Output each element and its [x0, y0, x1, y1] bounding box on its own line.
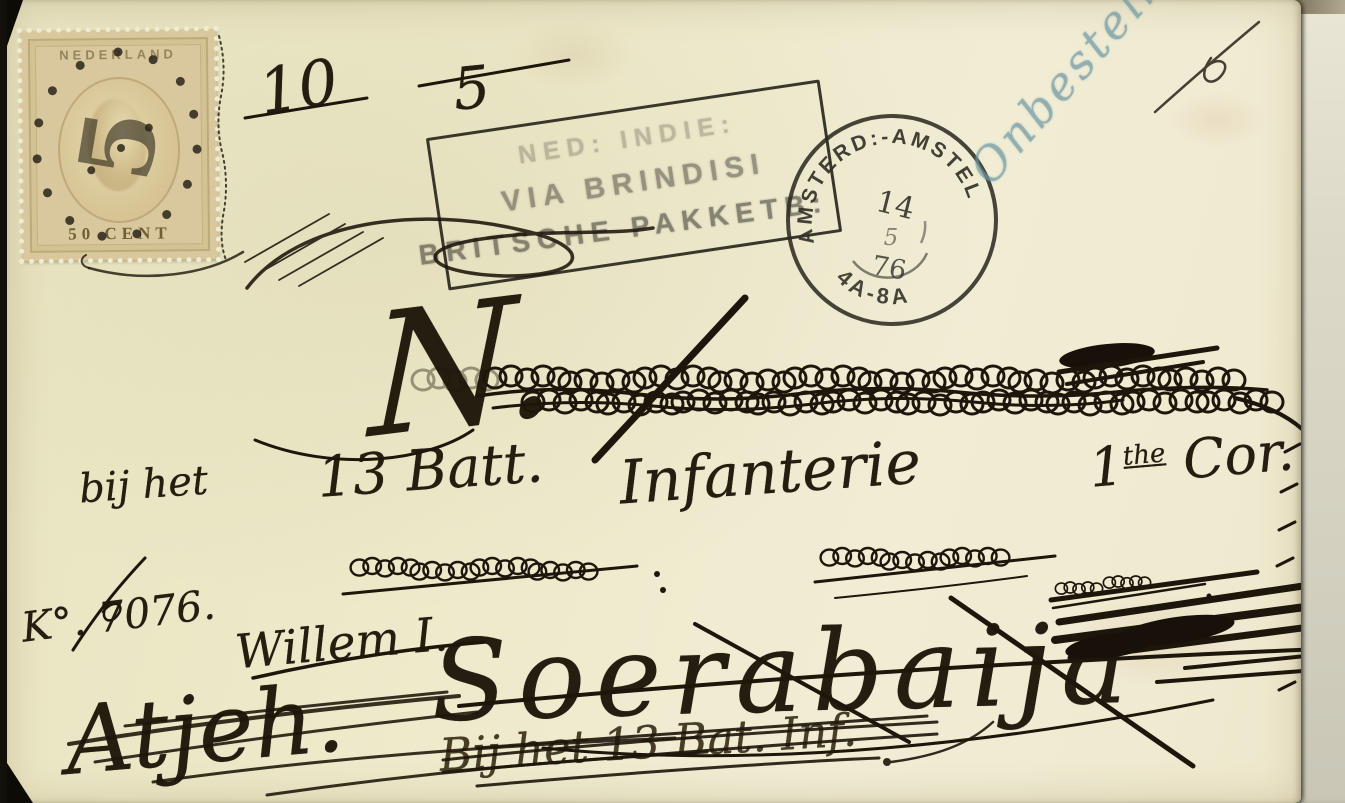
blue-crayon-note: Onbestelb. — [959, 0, 1236, 195]
ship-name: Willem I. — [233, 607, 450, 680]
photo-corner-dark — [7, 763, 33, 803]
unit-prefix: bij het — [78, 458, 210, 513]
cds-month: 5 — [884, 225, 899, 251]
unit-word: Infanterie — [617, 428, 923, 519]
envelope-photo: NEDERLAND 50 CENT 5 10 5 NED: INDIE: VIA… — [0, 0, 1345, 803]
cds-year: 76 — [869, 250, 908, 286]
rate-mark-5: 5 — [450, 52, 494, 123]
envelope: NEDERLAND 50 CENT 5 10 5 NED: INDIE: VIA… — [7, 0, 1301, 803]
crossed-word-left — [343, 558, 666, 594]
circular-datestamp: AMSTERD:-AMSTEL 4A-8A 14 5 76 — [775, 103, 1009, 337]
crossed-word-right — [815, 548, 1055, 598]
cds-day: 14 — [873, 184, 919, 227]
region-name: Atjeh. — [61, 664, 349, 797]
numeral-dot-cancel: 5 — [20, 29, 218, 261]
ink-blot — [1058, 339, 1156, 373]
company-designation: 1the Cor. — [1087, 419, 1297, 500]
rate-mark-10: 10 — [254, 44, 343, 128]
postage-stamp: NEDERLAND 50 CENT 5 — [20, 29, 218, 261]
cancel-numeral: 5 — [55, 101, 183, 189]
company-ordinal: the — [1122, 438, 1167, 472]
album-page-edge — [1298, 0, 1345, 803]
company-word: Cor. — [1180, 419, 1296, 491]
unit-number: 13 Batt. — [315, 430, 545, 511]
pen-squiggle — [1155, 22, 1259, 112]
registry-number: K°. 7076. — [19, 580, 218, 651]
